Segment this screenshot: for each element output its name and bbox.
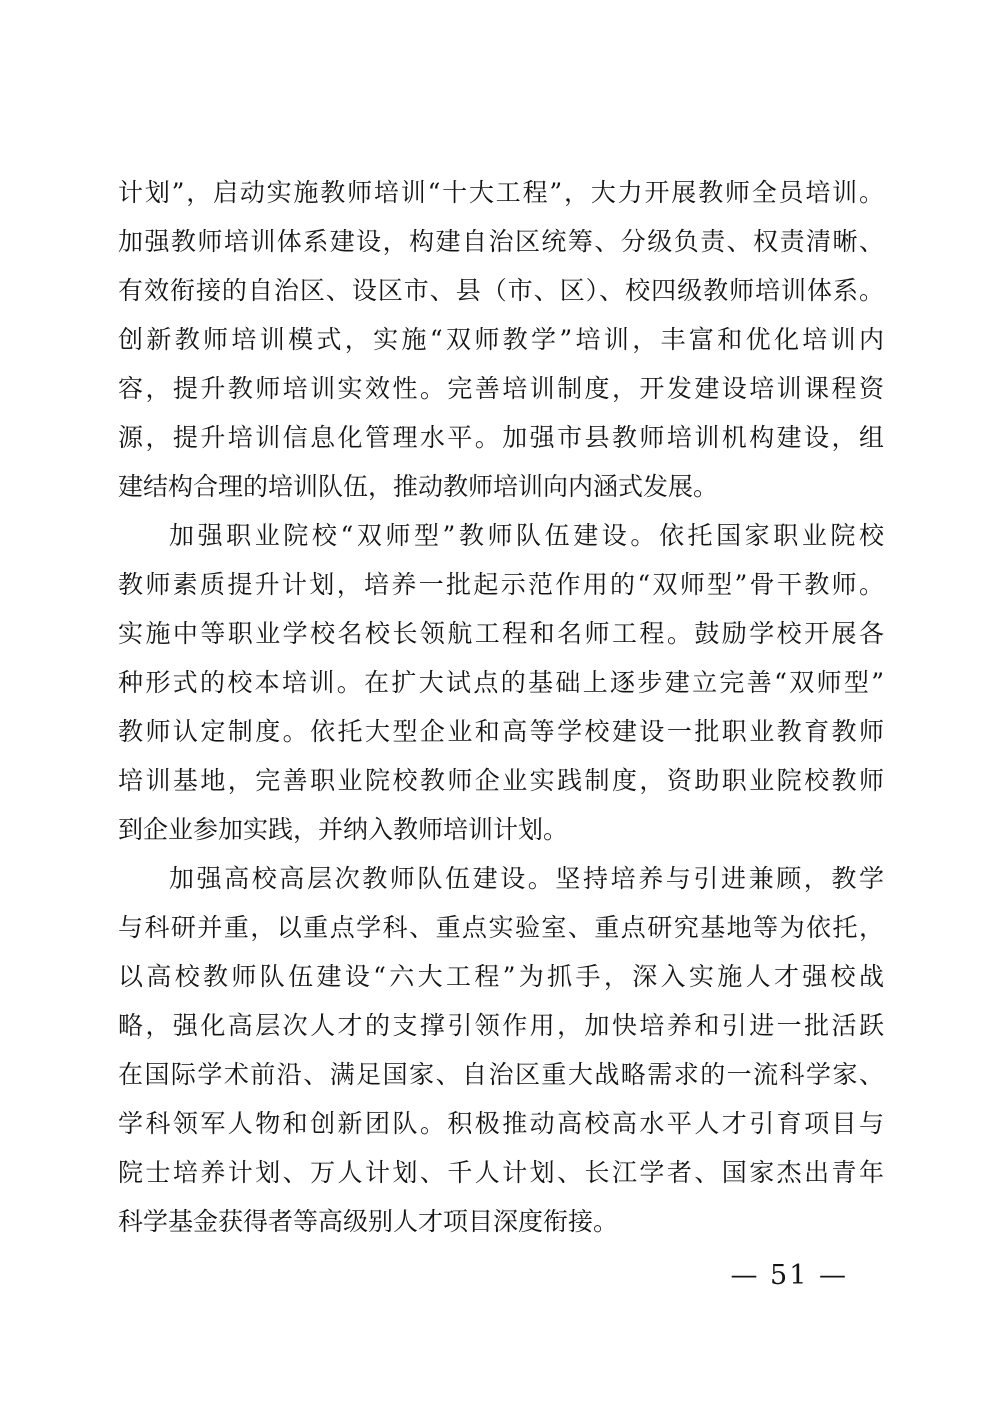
text-line: 有效衔接的自治区、设区市、县（市、区）、校四级教师培训体系。	[118, 266, 884, 315]
text-line: 学科领军人物和创新团队。积极推动高校高水平人才引育项目与	[118, 1099, 884, 1148]
text-line: 加强教师培训体系建设，构建自治区统筹、分级负责、权责清晰、	[118, 217, 884, 266]
text-line: 科学基金获得者等高级别人才项目深度衔接。	[118, 1197, 884, 1246]
text-line: 以高校教师队伍建设“六大工程”为抓手，深入实施人才强校战	[118, 952, 884, 1001]
page-number: — 51 —	[730, 1260, 848, 1292]
text-line: 计划”，启动实施教师培训“十大工程”，大力开展教师全员培训。	[118, 168, 884, 217]
text-line: 院士培养计划、万人计划、千人计划、长江学者、国家杰出青年	[118, 1148, 884, 1197]
text-line: 创新教师培训模式，实施“双师教学”培训，丰富和优化培训内	[118, 315, 884, 364]
text-line: 源，提升培训信息化管理水平。加强市县教师培训机构建设，组	[118, 413, 884, 462]
text-line: 种形式的校本培训。在扩大试点的基础上逐步建立完善“双师型”	[118, 658, 884, 707]
text-line: 加强高校高层次教师队伍建设。坚持培养与引进兼顾，教学	[118, 854, 884, 903]
text-line: 教师素质提升计划，培养一批起示范作用的“双师型”骨干教师。	[118, 560, 884, 609]
text-line: 到企业参加实践，并纳入教师培训计划。	[118, 805, 884, 854]
text-line: 在国际学术前沿、满足国家、自治区重大战略需求的一流科学家、	[118, 1050, 884, 1099]
text-line: 略，强化高层次人才的支撑引领作用，加快培养和引进一批活跃	[118, 1001, 884, 1050]
document-page: 计划”，启动实施教师培训“十大工程”，大力开展教师全员培训。加强教师培训体系建设…	[0, 0, 993, 1404]
text-line: 培训基地，完善职业院校教师企业实践制度，资助职业院校教师	[118, 756, 884, 805]
text-line: 教师认定制度。依托大型企业和高等学校建设一批职业教育教师	[118, 707, 884, 756]
text-line: 与科研并重，以重点学科、重点实验室、重点研究基地等为依托，	[118, 903, 884, 952]
text-line: 建结构合理的培训队伍，推动教师培训向内涵式发展。	[118, 462, 884, 511]
text-block: 计划”，启动实施教师培训“十大工程”，大力开展教师全员培训。加强教师培训体系建设…	[118, 168, 884, 1246]
text-line: 容，提升教师培训实效性。完善培训制度，开发建设培训课程资	[118, 364, 884, 413]
text-line: 实施中等职业学校名校长领航工程和名师工程。鼓励学校开展各	[118, 609, 884, 658]
text-line: 加强职业院校“双师型”教师队伍建设。依托国家职业院校	[118, 511, 884, 560]
